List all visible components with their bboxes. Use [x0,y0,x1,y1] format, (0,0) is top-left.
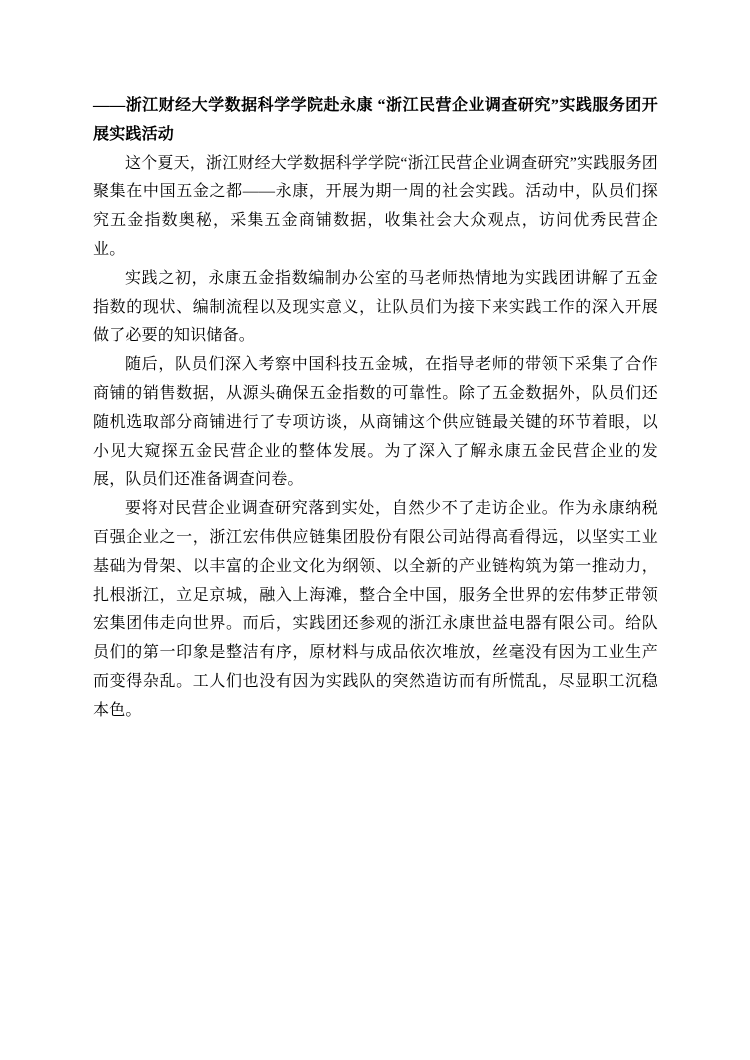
document-body: 这个夏天，浙江财经大学数据科学学院“浙江民营企业调查研究”实践服务团聚集在中国五… [93,150,658,726]
paragraph: 实践之初，永康五金指数编制办公室的马老师热情地为实践团讲解了五金指数的现状、编制… [93,265,658,351]
document-title: ——浙江财经大学数据科学学院赴永康 “浙江民营企业调查研究”实践服务团开展实践活… [93,92,658,150]
paragraph: 这个夏天，浙江财经大学数据科学学院“浙江民营企业调查研究”实践服务团聚集在中国五… [93,150,658,265]
paragraph: 要将对民营企业调查研究落到实处，自然少不了走访企业。作为永康纳税百强企业之一，浙… [93,495,658,725]
document-page: ——浙江财经大学数据科学学院赴永康 “浙江民营企业调查研究”实践服务团开展实践活… [0,0,750,1060]
paragraph: 随后，队员们深入考察中国科技五金城，在指导老师的带领下采集了合作商铺的销售数据，… [93,351,658,495]
